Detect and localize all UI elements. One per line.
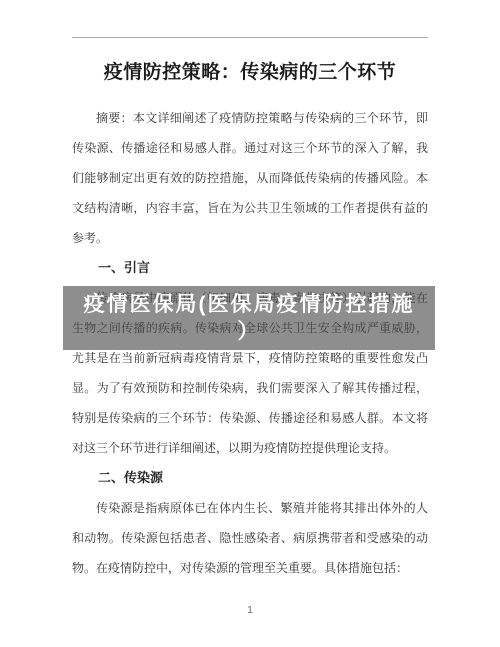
page-number: 1: [72, 604, 428, 618]
abstract-paragraph: 摘要：本文详细阐述了疫情防控策略与传染病的三个环节，即传染源、传播途径和易感人群…: [72, 103, 428, 253]
watermark-overlay-banner: 疫情医保局(医保局疫情防控措施 ）: [63, 286, 435, 350]
document-page: { "document": { "title": "疫情防控策略：传染病的三个环…: [0, 0, 500, 647]
watermark-title-line1: 疫情医保局(医保局疫情防控措施: [63, 291, 435, 318]
document-title: 疫情防控策略：传染病的三个环节: [72, 58, 428, 88]
section-heading-introduction: 一、引言: [72, 253, 428, 283]
watermark-title-line2: ）: [63, 318, 435, 345]
section-heading-infection-source: 二、传染源: [72, 463, 428, 493]
infection-source-paragraph: 传染源是指病原体已在体内生长、繁殖并能将其排出体外的人和动物。传染源包括患者、隐…: [72, 493, 428, 583]
